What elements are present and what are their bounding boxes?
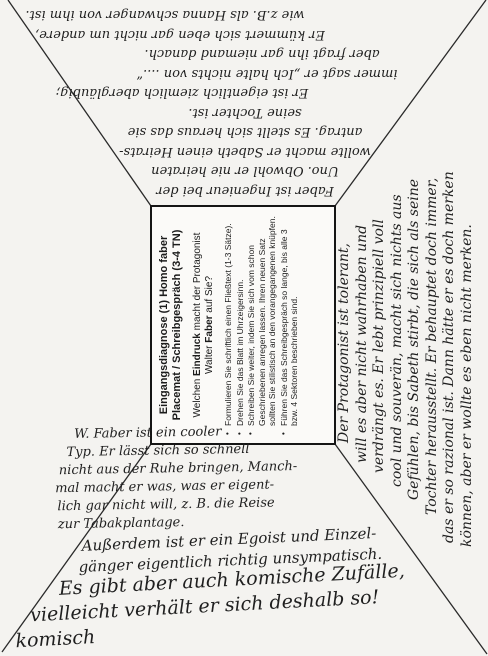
instruction-text: Formulieren Sie schriftlich einen Fließt… (223, 223, 234, 426)
question-bold-word: Faber (204, 315, 215, 342)
handwriting-line: das er so razional ist. Dann hätte er es… (441, 55, 459, 655)
instruction-text: Schreiben Sie weiter, indem Sie sich vom… (246, 215, 278, 426)
title-line-2: Placemat / Schreibgespräch (3-4 TN) (171, 215, 184, 435)
handwriting-line: können, aber er wollte es eben nicht mer… (459, 55, 477, 655)
worksheet-title: Eingangsdiagnose (1) Homo faber Placemat… (158, 215, 184, 435)
instruction-box: Eingangsdiagnose (1) Homo faber Placemat… (150, 205, 336, 445)
handwriting-line: Er kümmert sich eben gar nicht um andere… (0, 25, 403, 45)
question-text: auf Sie? (204, 276, 215, 315)
question-line-2: Walter Faber auf Sie? (204, 215, 216, 435)
instruction-item: • Formulieren Sie schriftlich einen Flie… (223, 215, 234, 435)
instruction-text: Führen Sie das Schreibgespräch so lange,… (279, 215, 300, 426)
handwriting-line: wie z.B. als Hanna schwanger von ihm ist… (0, 5, 388, 25)
left-sector-handwriting: W. Faber ist ein cooler Typ. Er lässt si… (54, 422, 316, 535)
question-text: Welchen (192, 376, 203, 418)
title-line-1: Eingangsdiagnose (1) Homo faber (158, 215, 171, 435)
instruction-list: • Formulieren Sie schriftlich einen Flie… (223, 215, 300, 435)
instruction-text: Drehen Sie das Blatt im Uhrzeigersinn. (235, 280, 246, 426)
question-line-1: Welchen Eindruck macht der Protagonist (192, 215, 204, 435)
instruction-box-content: Eingangsdiagnose (1) Homo faber Placemat… (152, 207, 334, 443)
placemat-sheet: Eingangsdiagnose (1) Homo faber Placemat… (0, 0, 488, 656)
instruction-item: • Drehen Sie das Blatt im Uhrzeigersinn. (235, 215, 246, 435)
instruction-item: • Führen Sie das Schreibgespräch so lang… (279, 215, 300, 435)
question-text: Walter (204, 343, 215, 374)
question-text: macht der Protagonist (192, 233, 203, 334)
question-bold-word: Eindruck (192, 333, 203, 376)
instruction-item: • Schreiben Sie weiter, indem Sie sich v… (246, 215, 278, 435)
task-question: Welchen Eindruck macht der Protagonist W… (192, 215, 216, 435)
